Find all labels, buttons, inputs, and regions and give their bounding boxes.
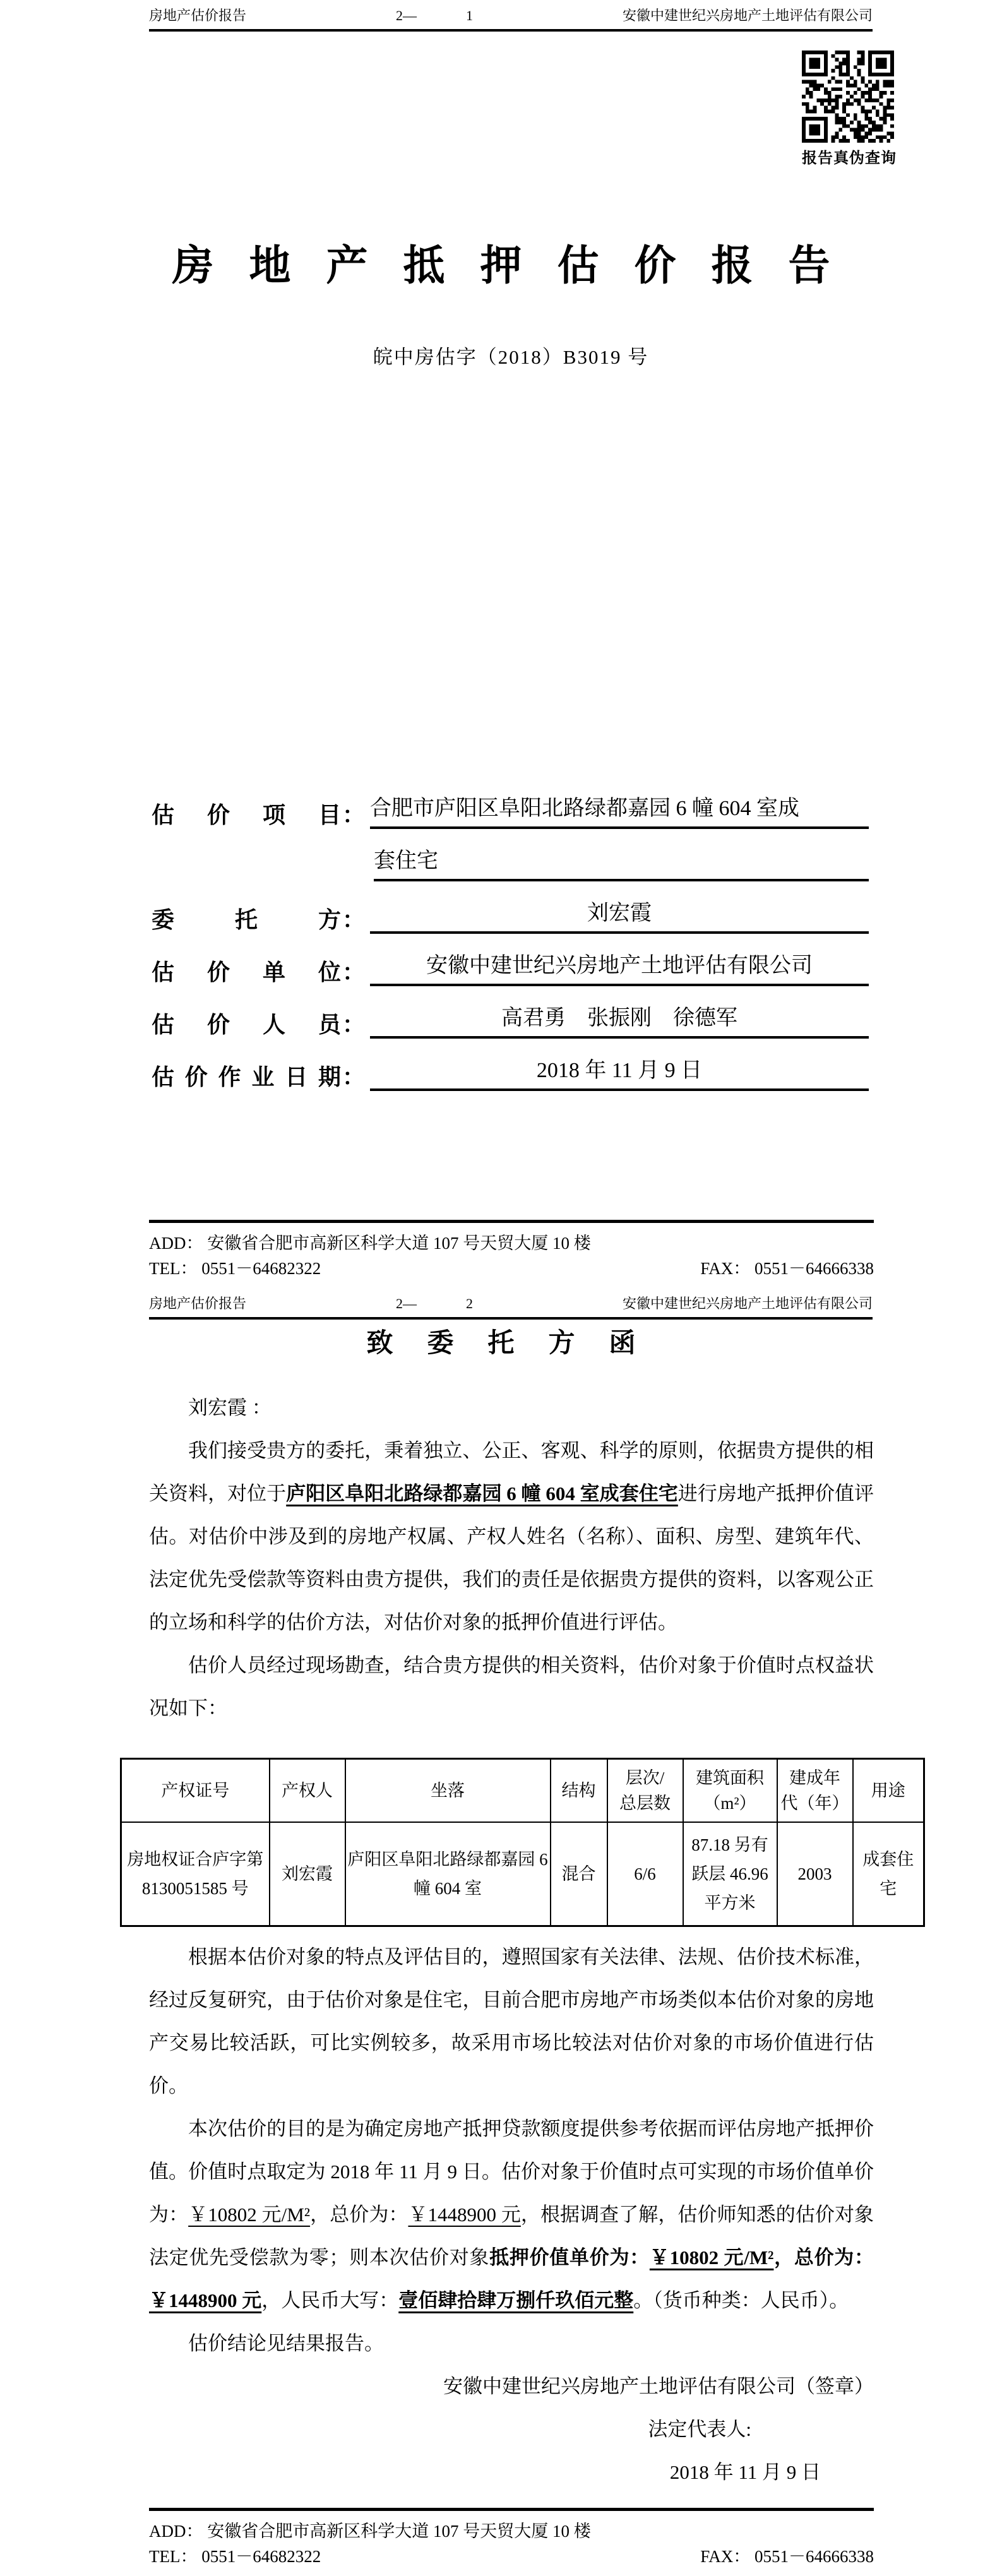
- page-footer: ADD： 安徽省合肥市高新区科学大道 107 号天贸大厦 10 楼 TEL： 0…: [149, 1220, 874, 1281]
- field-colon: ：: [342, 802, 365, 829]
- cover-page: 房地产估价报告 2— 1 安徽中建世纪兴房地产土地评估有限公司 报告真伪查询 房…: [0, 0, 1002, 1288]
- page-header-number: 2— 2: [396, 1294, 473, 1313]
- subject-property: 庐阳区阜阳北路绿都嘉园 6 幢 604 室成套住宅: [286, 1482, 678, 1505]
- cover-fields: 估价项目 ： 合肥市庐阳区阜阳北路绿都嘉园 6 幢 604 室成 套住宅 委托方…: [152, 777, 869, 1091]
- appraisal-report-document: 房地产估价报告 2— 1 安徽中建世纪兴房地产土地评估有限公司 报告真伪查询 房…: [0, 0, 1002, 2576]
- para-text: 。（货币种类：人民币）。: [633, 2289, 849, 2311]
- footer-fax: FAX： 0551－64666338: [700, 1256, 874, 1281]
- field-value: 刘宏霞: [370, 900, 869, 934]
- qr-code: [802, 51, 894, 143]
- footer-address: ADD： 安徽省合肥市高新区科学大道 107 号天贸大厦 10 楼: [149, 1231, 874, 1256]
- field-client: 委托方 ： 刘宏霞: [152, 881, 869, 934]
- page-header-left: 房地产估价报告: [149, 1294, 246, 1313]
- qr-caption: 报告真伪查询: [802, 145, 894, 167]
- paragraph-survey: 估价人员经过现场勘查，结合贵方提供的相关资料，估价对象于价值时点权益状况如下：: [149, 1644, 874, 1730]
- col-location: 坐落: [345, 1759, 551, 1823]
- col-cert-no: 产权证号: [121, 1759, 270, 1823]
- field-value: 2018 年 11 月 9 日: [370, 1058, 869, 1091]
- cell-location: 庐阳区阜阳北路绿都嘉园 6 幢 604 室: [345, 1822, 551, 1926]
- table-row: 房地权证合庐字第 8130051585 号 刘宏霞 庐阳区阜阳北路绿都嘉园 6 …: [121, 1822, 924, 1926]
- page-number: 1: [466, 6, 473, 25]
- report-number: 皖中房估字（2018）B3019 号: [149, 344, 873, 371]
- page-footer: ADD： 安徽省合肥市高新区科学大道 107 号天贸大厦 10 楼 TEL： 0…: [149, 2508, 874, 2569]
- paragraph-method: 根据本估价对象的特点及评估目的，遵照国家有关法律、法规、估价技术标准，经过反复研…: [149, 1936, 874, 2108]
- total-price-mortgage: ￥1448900 元: [149, 2289, 261, 2311]
- para-text-bold: ，总价为：: [773, 2246, 874, 2269]
- paragraph-conclusion: 估价结论见结果报告。: [149, 2322, 874, 2365]
- field-value: 合肥市庐阳区阜阳北路绿都嘉园 6 幢 604 室成: [370, 796, 869, 829]
- footer-fax: FAX： 0551－64666338: [700, 2544, 874, 2569]
- col-year: 建成年 代（年）: [777, 1759, 853, 1823]
- footer-contacts: TEL： 0551－64682322 FAX： 0551－64666338: [149, 1256, 874, 1281]
- footer-address: ADD： 安徽省合肥市高新区科学大道 107 号天贸大厦 10 楼: [149, 2519, 874, 2544]
- para-text: ，总价为：: [310, 2203, 408, 2226]
- page-header-company: 安徽中建世纪兴房地产土地评估有限公司: [623, 6, 873, 25]
- field-colon: ：: [342, 1064, 365, 1091]
- field-label: 估价作业日期: [152, 1064, 341, 1091]
- field-value: 套住宅: [374, 848, 869, 881]
- field-value: 高君勇 张振刚 徐德军: [370, 1005, 869, 1039]
- ownership-table: 产权证号 产权人 坐落 结构 层次/ 总层数 建筑面积 （m²） 建成年 代（年…: [120, 1758, 925, 1927]
- page-header-left: 房地产估价报告: [149, 6, 246, 25]
- page-header: 房地产估价报告 2— 2 安徽中建世纪兴房地产土地评估有限公司: [149, 1294, 873, 1313]
- field-label: 估价人员: [152, 1011, 341, 1039]
- field-label: 委托方: [152, 907, 341, 934]
- footer-rule: [149, 1220, 874, 1223]
- total-price-capitalized: 壹佰肆拾肆万捌仟玖佰元整: [398, 2289, 633, 2311]
- para-text: 进行房地产抵押价值评估。对估价中涉及到的房地产权属、产权人姓名（名称）、面积、房…: [149, 1482, 874, 1633]
- paragraph-valuation: 本次估价的目的是为确定房地产抵押贷款额度提供参考依据而评估房地产抵押价值。价值时…: [149, 2108, 874, 2322]
- page-number: 2: [466, 1294, 473, 1313]
- field-colon: ：: [342, 1011, 365, 1039]
- field-colon: ：: [342, 959, 365, 986]
- field-agency: 估价单位 ： 安徽中建世纪兴房地产土地评估有限公司: [152, 934, 869, 986]
- page-header-number: 2— 1: [396, 6, 473, 25]
- cell-structure: 混合: [551, 1822, 607, 1926]
- report-title: 房地产抵押估价报告: [0, 235, 1002, 298]
- letter-body: 刘宏霞 ： 我们接受贵方的委托，秉着独立、公正、客观、科学的原则，依据贵方提供的…: [149, 1386, 874, 2494]
- field-project-line2: 套住宅: [152, 829, 869, 881]
- col-structure: 结构: [551, 1759, 607, 1823]
- page-header-company: 安徽中建世纪兴房地产土地评估有限公司: [623, 1294, 873, 1313]
- cell-year: 2003: [777, 1822, 853, 1926]
- cell-cert-no: 房地权证合庐字第 8130051585 号: [121, 1822, 270, 1926]
- field-project: 估价项目 ： 合肥市庐阳区阜阳北路绿都嘉园 6 幢 604 室成: [152, 777, 869, 829]
- field-label: 估价项目: [152, 802, 341, 829]
- signature-legal-rep: 法定代表人:: [149, 2408, 874, 2451]
- letter-page: 房地产估价报告 2— 2 安徽中建世纪兴房地产土地评估有限公司 致委托方函 刘宏…: [0, 1288, 1002, 2576]
- col-use: 用途: [853, 1759, 924, 1823]
- total-price-market: ￥1448900 元: [408, 2203, 520, 2226]
- col-owner: 产权人: [270, 1759, 345, 1823]
- page-header: 房地产估价报告 2— 1 安徽中建世纪兴房地产土地评估有限公司: [149, 6, 873, 25]
- unit-price-mortgage: ￥10802 元/M²: [650, 2246, 774, 2269]
- cell-owner: 刘宏霞: [270, 1822, 345, 1926]
- footer-tel: TEL： 0551－64682322: [149, 2544, 321, 2569]
- col-floor: 层次/ 总层数: [607, 1759, 683, 1823]
- header-rule: [149, 1317, 873, 1320]
- letter-title: 致委托方函: [0, 1325, 1002, 1363]
- salutation: 刘宏霞 ：: [149, 1386, 874, 1429]
- field-label: 估价单位: [152, 959, 341, 986]
- qr-block: 报告真伪查询: [802, 51, 894, 167]
- para-text-bold: 抵押价值单价为：: [489, 2246, 650, 2269]
- field-work-date: 估价作业日期 ： 2018 年 11 月 9 日: [152, 1039, 869, 1091]
- cell-area: 87.18 另有 跃层 46.96 平方米: [683, 1822, 777, 1926]
- field-colon: ：: [342, 907, 365, 934]
- col-area: 建筑面积 （m²）: [683, 1759, 777, 1823]
- footer-rule: [149, 2508, 874, 2511]
- cell-use: 成套住宅: [853, 1822, 924, 1926]
- signature-company: 安徽中建世纪兴房地产土地评估有限公司（签章）: [149, 2365, 874, 2408]
- field-appraisers: 估价人员 ： 高君勇 张振刚 徐德军: [152, 986, 869, 1039]
- field-value: 安徽中建世纪兴房地产土地评估有限公司: [370, 953, 869, 986]
- footer-contacts: TEL： 0551－64682322 FAX： 0551－64666338: [149, 2544, 874, 2569]
- signature-date: 2018 年 11 月 9 日: [149, 2451, 874, 2494]
- footer-tel: TEL： 0551－64682322: [149, 1256, 321, 1281]
- para-text: ，人民币大写：: [261, 2289, 398, 2311]
- table-header-row: 产权证号 产权人 坐落 结构 层次/ 总层数 建筑面积 （m²） 建成年 代（年…: [121, 1759, 924, 1823]
- page-number-prefix: 2—: [396, 6, 417, 25]
- header-rule: [149, 29, 873, 32]
- unit-price-market: ￥10802 元/M²: [188, 2203, 310, 2226]
- paragraph-intro: 我们接受贵方的委托，秉着独立、公正、客观、科学的原则，依据贵方提供的相关资料，对…: [149, 1429, 874, 1644]
- cell-floor: 6/6: [607, 1822, 683, 1926]
- page-number-prefix: 2—: [396, 1294, 417, 1313]
